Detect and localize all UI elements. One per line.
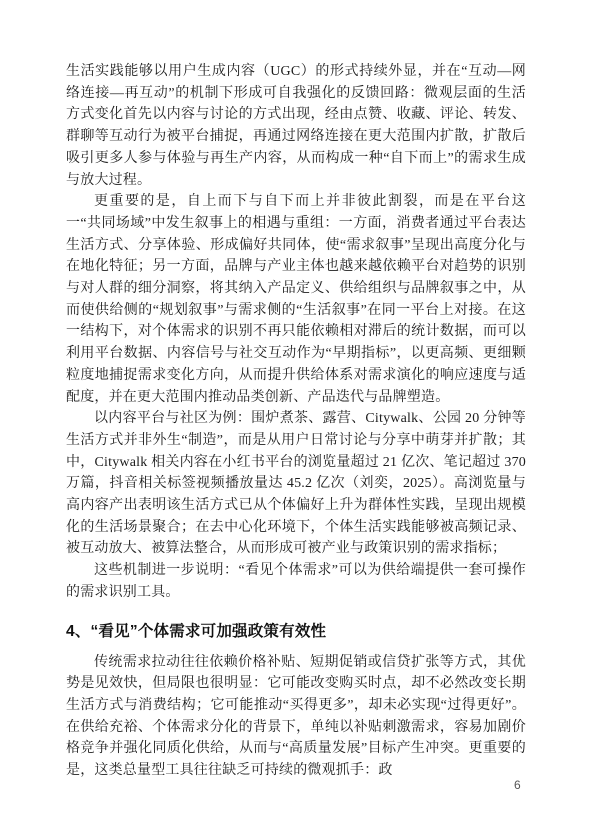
body-paragraph: 生活实践能够以用户生成内容（UGC）的形式持续外显，并在“互动—网络连接—再互动… [66,61,526,191]
body-paragraph: 以内容平台与社区为例：围炉煮茶、露营、Citywalk、公园 20 分钟等生活方… [66,408,526,560]
page-number: 6 [514,778,521,792]
body-paragraph: 传统需求拉动往往依赖价格补贴、短期促销或信贷扩张等方式，其优势是见效快，但局限也… [66,652,526,782]
document-page: 生活实践能够以用户生成内容（UGC）的形式持续外显，并在“互动—网络连接—再互动… [0,0,591,833]
page-content: 生活实践能够以用户生成内容（UGC）的形式持续外显，并在“互动—网络连接—再互动… [66,61,526,782]
section-heading: 4、“看见”个体需求可加强政策有效性 [66,621,526,643]
body-paragraph: 这些机制进一步说明：“看见个体需求”可以为供给端提供一套可操作的需求识别工具。 [66,560,526,603]
body-paragraph: 更重要的是，自上而下与自下而上并非彼此割裂，而是在平台这一“共同场域”中发生叙事… [66,191,526,408]
